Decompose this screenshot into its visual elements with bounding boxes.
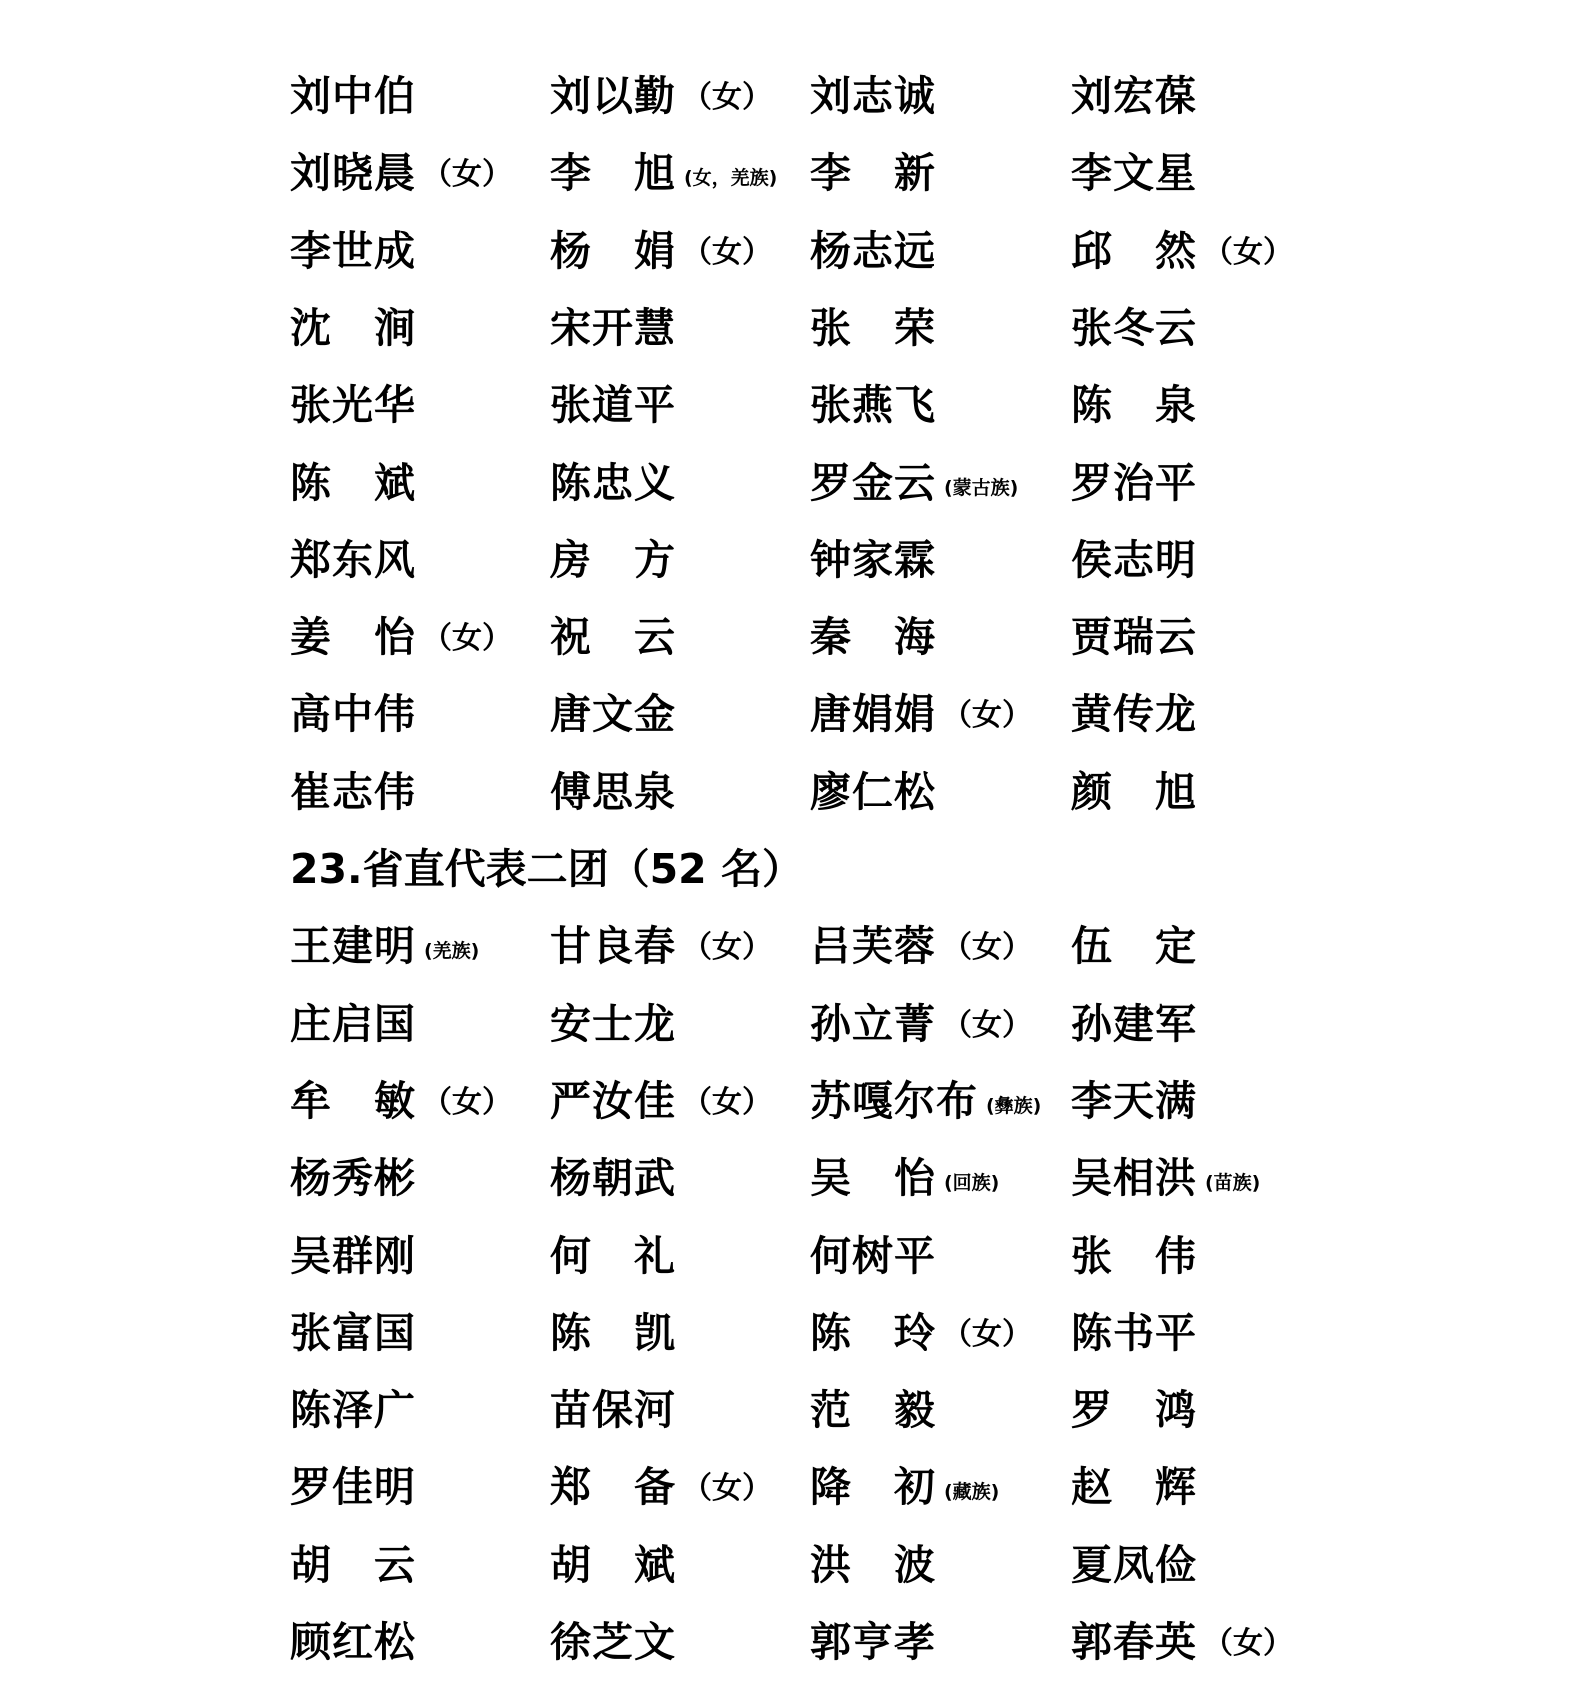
name-entry: 祝 云: [550, 601, 676, 661]
name-row: 牟 敏（女）严汝佳（女）苏嘎尔布(彝族)李天满: [290, 1065, 1390, 1125]
name-entry: 房 方: [550, 524, 676, 584]
name-entry: 张 伟: [1071, 1220, 1197, 1280]
delegate-name: 刘中伯: [290, 72, 416, 120]
name-entry: 甘良春（女）: [550, 910, 772, 970]
name-entry: 苗保河: [550, 1374, 676, 1434]
delegate-name: 孙建军: [1071, 1000, 1197, 1048]
delegate-name: 范 毅: [810, 1386, 936, 1434]
delegate-name: 姜 怡: [290, 613, 416, 661]
delegate-annotation: (羌族): [424, 932, 479, 970]
delegate-name: 张冬云: [1071, 304, 1197, 352]
delegate-name: 李 旭: [550, 149, 676, 197]
name-entry: 刘志诚: [810, 60, 936, 120]
delegate-name: 严汝佳: [550, 1077, 676, 1125]
delegate-name: 祝 云: [550, 613, 676, 661]
name-entry: 李 旭(女，羌族): [550, 137, 777, 197]
delegate-name: 高中伟: [290, 690, 416, 738]
delegate-name: 秦 海: [810, 613, 936, 661]
delegate-name: 廖仁松: [810, 768, 936, 816]
name-entry: 邱 然（女）: [1071, 215, 1293, 275]
delegate-name: 杨 娟: [550, 227, 676, 275]
name-entry: 罗金云(蒙古族): [810, 447, 1018, 507]
delegate-name: 罗 鸿: [1071, 1386, 1197, 1434]
name-entry: 贾瑞云: [1071, 601, 1197, 661]
delegate-name: 唐文金: [550, 690, 676, 738]
delegate-name: 吴群刚: [290, 1232, 416, 1280]
name-row: 姜 怡（女）祝 云秦 海贾瑞云: [290, 601, 1390, 661]
delegate-annotation: (蒙古族): [944, 469, 1018, 507]
name-entry: 牟 敏（女）: [290, 1065, 512, 1125]
name-entry: 张燕飞: [810, 369, 936, 429]
delegate-name: 郭亨孝: [810, 1618, 936, 1666]
name-entry: 陈书平: [1071, 1297, 1197, 1357]
delegate-name: 陈 凯: [550, 1309, 676, 1357]
delegate-name: 宋开慧: [550, 304, 676, 352]
name-entry: 吕芙蓉（女）: [810, 910, 1032, 970]
delegate-name: 吴 怡: [810, 1154, 936, 1202]
name-entry: 罗治平: [1071, 447, 1197, 507]
delegate-annotation: (回族): [944, 1164, 999, 1202]
name-entry: 安士龙: [550, 988, 676, 1048]
name-entry: 刘宏葆: [1071, 60, 1197, 120]
delegate-name: 吴相洪: [1071, 1154, 1197, 1202]
name-entry: 苏嘎尔布(彝族): [810, 1065, 1041, 1125]
delegate-name: 侯志明: [1071, 536, 1197, 584]
name-entry: 郭亨孝: [810, 1606, 936, 1666]
delegate-annotation: （女）: [1203, 231, 1293, 275]
delegate-name: 杨志远: [810, 227, 936, 275]
name-entry: 郑东风: [290, 524, 416, 584]
delegate-name: 张燕飞: [810, 381, 936, 429]
name-entry: 李世成: [290, 215, 416, 275]
name-entry: 孙立菁（女）: [810, 988, 1032, 1048]
name-entry: 姜 怡（女）: [290, 601, 512, 661]
name-row: 杨秀彬杨朝武吴 怡(回族)吴相洪(苗族): [290, 1142, 1390, 1202]
delegate-name: 陈泽广: [290, 1386, 416, 1434]
name-entry: 洪 波: [810, 1529, 936, 1589]
delegate-name: 苗保河: [550, 1386, 676, 1434]
name-entry: 庄启国: [290, 988, 416, 1048]
name-row: 郑东风房 方钟家霖侯志明: [290, 524, 1390, 584]
name-entry: 黄传龙: [1071, 678, 1197, 738]
name-entry: 李 新: [810, 137, 936, 197]
name-entry: 夏凤俭: [1071, 1529, 1197, 1589]
name-entry: 钟家霖: [810, 524, 936, 584]
name-row: 张富国陈 凯陈 玲（女）陈书平: [290, 1297, 1390, 1357]
name-entry: 陈 斌: [290, 447, 416, 507]
name-entry: 张 荣: [810, 292, 936, 352]
name-row: 李世成杨 娟（女）杨志远邱 然（女）: [290, 215, 1390, 275]
delegate-name: 邱 然: [1071, 227, 1197, 275]
delegate-name: 李文星: [1071, 149, 1197, 197]
delegate-name: 刘宏葆: [1071, 72, 1197, 120]
delegate-annotation: （女）: [682, 1081, 772, 1125]
delegate-name: 黄传龙: [1071, 690, 1197, 738]
delegate-annotation: （女）: [942, 694, 1032, 738]
name-row: 胡 云胡 斌洪 波夏凤俭: [290, 1529, 1390, 1589]
name-entry: 吴 怡(回族): [810, 1142, 999, 1202]
delegate-name: 钟家霖: [810, 536, 936, 584]
delegate-annotation: （女）: [942, 926, 1032, 970]
delegate-name: 牟 敏: [290, 1077, 416, 1125]
delegate-name: 胡 云: [290, 1541, 416, 1589]
delegate-annotation: (女，羌族): [684, 159, 777, 197]
delegate-name: 郑 备: [550, 1463, 676, 1511]
delegate-name: 洪 波: [810, 1541, 936, 1589]
name-entry: 何树平: [810, 1220, 936, 1280]
delegate-name: 陈忠义: [550, 459, 676, 507]
delegate-annotation: （女）: [682, 76, 772, 120]
delegate-name: 房 方: [550, 536, 676, 584]
delegate-name: 颜 旭: [1071, 768, 1197, 816]
delegate-name: 罗佳明: [290, 1463, 416, 1511]
delegate-annotation: （女）: [682, 231, 772, 275]
delegate-name: 刘志诚: [810, 72, 936, 120]
name-entry: 杨秀彬: [290, 1142, 416, 1202]
name-entry: 刘以勤（女）: [550, 60, 772, 120]
name-entry: 刘中伯: [290, 60, 416, 120]
name-entry: 赵 辉: [1071, 1451, 1197, 1511]
name-entry: 宋开慧: [550, 292, 676, 352]
name-entry: 杨朝武: [550, 1142, 676, 1202]
name-entry: 刘晓晨（女）: [290, 137, 512, 197]
name-list-page: 刘中伯刘以勤（女）刘志诚刘宏葆刘晓晨（女）李 旭(女，羌族)李 新李文星李世成杨…: [0, 0, 1587, 1693]
delegate-annotation: （女）: [942, 1004, 1032, 1048]
delegate-name: 苏嘎尔布: [810, 1077, 978, 1125]
name-row: 崔志伟傅思泉廖仁松颜 旭: [290, 756, 1390, 816]
name-row: 高中伟唐文金唐娟娟（女）黄传龙: [290, 678, 1390, 738]
delegate-name: 甘良春: [550, 922, 676, 970]
delegate-name: 刘晓晨: [290, 149, 416, 197]
delegate-name: 杨秀彬: [290, 1154, 416, 1202]
name-entry: 罗佳明: [290, 1451, 416, 1511]
delegate-name: 顾红松: [290, 1618, 416, 1666]
section-heading: 23.省直代表二团（52 名）: [290, 845, 803, 893]
delegate-name: 徐芝文: [550, 1618, 676, 1666]
name-entry: 胡 斌: [550, 1529, 676, 1589]
delegate-name: 陈 斌: [290, 459, 416, 507]
name-entry: 唐文金: [550, 678, 676, 738]
name-row: 吴群刚何 礼何树平张 伟: [290, 1220, 1390, 1280]
name-row: 张光华张道平张燕飞陈 泉: [290, 369, 1390, 429]
name-entry: 郭春英（女）: [1071, 1606, 1293, 1666]
name-entry: 陈忠义: [550, 447, 676, 507]
name-row: 顾红松徐芝文郭亨孝郭春英（女）: [290, 1606, 1390, 1666]
name-row: 罗佳明郑 备（女）降 初(藏族)赵 辉: [290, 1451, 1390, 1511]
delegate-name: 陈书平: [1071, 1309, 1197, 1357]
delegate-annotation: （女）: [682, 1467, 772, 1511]
delegate-name: 赵 辉: [1071, 1463, 1197, 1511]
name-entry: 严汝佳（女）: [550, 1065, 772, 1125]
name-entry: 张光华: [290, 369, 416, 429]
delegate-name: 傅思泉: [550, 768, 676, 816]
delegate-name: 安士龙: [550, 1000, 676, 1048]
name-entry: 孙建军: [1071, 988, 1197, 1048]
delegate-name: 张道平: [550, 381, 676, 429]
delegate-name: 罗治平: [1071, 459, 1197, 507]
delegate-annotation: （女）: [942, 1313, 1032, 1357]
delegate-name: 降 初: [810, 1463, 936, 1511]
name-entry: 张道平: [550, 369, 676, 429]
name-entry: 张富国: [290, 1297, 416, 1357]
name-row: 王建明(羌族)甘良春（女）吕芙蓉（女）伍 定: [290, 910, 1390, 970]
delegate-annotation: (藏族): [944, 1473, 999, 1511]
delegate-name: 吕芙蓉: [810, 922, 936, 970]
name-entry: 李天满: [1071, 1065, 1197, 1125]
delegate-name: 陈 泉: [1071, 381, 1197, 429]
name-entry: 吴相洪(苗族): [1071, 1142, 1260, 1202]
delegate-name: 王建明: [290, 922, 416, 970]
delegate-name: 张富国: [290, 1309, 416, 1357]
name-entry: 陈 玲（女）: [810, 1297, 1032, 1357]
name-entry: 陈 泉: [1071, 369, 1197, 429]
name-row: 刘晓晨（女）李 旭(女，羌族)李 新李文星: [290, 137, 1390, 197]
delegate-annotation: （女）: [682, 926, 772, 970]
delegate-name: 伍 定: [1071, 922, 1197, 970]
delegate-name: 张 荣: [810, 304, 936, 352]
name-row: 陈 斌陈忠义罗金云(蒙古族)罗治平: [290, 447, 1390, 507]
name-entry: 郑 备（女）: [550, 1451, 772, 1511]
name-entry: 范 毅: [810, 1374, 936, 1434]
name-entry: 胡 云: [290, 1529, 416, 1589]
delegate-name: 唐娟娟: [810, 690, 936, 738]
delegate-name: 夏凤俭: [1071, 1541, 1197, 1589]
name-entry: 侯志明: [1071, 524, 1197, 584]
delegate-name: 沈 涧: [290, 304, 416, 352]
delegate-name: 李天满: [1071, 1077, 1197, 1125]
delegate-name: 何树平: [810, 1232, 936, 1280]
delegate-annotation: (彝族): [986, 1087, 1041, 1125]
delegate-name: 庄启国: [290, 1000, 416, 1048]
name-entry: 沈 涧: [290, 292, 416, 352]
name-entry: 崔志伟: [290, 756, 416, 816]
name-row: 刘中伯刘以勤（女）刘志诚刘宏葆: [290, 60, 1390, 120]
name-entry: 杨志远: [810, 215, 936, 275]
delegate-name: 罗金云: [810, 459, 936, 507]
name-entry: 伍 定: [1071, 910, 1197, 970]
delegate-name: 郭春英: [1071, 1618, 1197, 1666]
delegate-annotation: （女）: [422, 153, 512, 197]
delegate-annotation: （女）: [422, 617, 512, 661]
delegate-name: 李 新: [810, 149, 936, 197]
name-row: 沈 涧宋开慧张 荣张冬云: [290, 292, 1390, 352]
delegate-name: 胡 斌: [550, 1541, 676, 1589]
delegate-name: 何 礼: [550, 1232, 676, 1280]
name-entry: 傅思泉: [550, 756, 676, 816]
name-entry: 王建明(羌族): [290, 910, 479, 970]
name-entry: 秦 海: [810, 601, 936, 661]
delegate-name: 孙立菁: [810, 1000, 936, 1048]
delegate-name: 杨朝武: [550, 1154, 676, 1202]
delegate-name: 张 伟: [1071, 1232, 1197, 1280]
name-entry: 唐娟娟（女）: [810, 678, 1032, 738]
name-entry: 降 初(藏族): [810, 1451, 999, 1511]
name-entry: 李文星: [1071, 137, 1197, 197]
delegate-annotation: （女）: [1203, 1622, 1293, 1666]
name-entry: 何 礼: [550, 1220, 676, 1280]
name-entry: 陈 凯: [550, 1297, 676, 1357]
delegate-name: 贾瑞云: [1071, 613, 1197, 661]
name-entry: 陈泽广: [290, 1374, 416, 1434]
delegate-name: 崔志伟: [290, 768, 416, 816]
delegate-name: 张光华: [290, 381, 416, 429]
name-entry: 张冬云: [1071, 292, 1197, 352]
delegate-name: 郑东风: [290, 536, 416, 584]
delegate-annotation: (苗族): [1205, 1164, 1260, 1202]
delegate-name: 刘以勤: [550, 72, 676, 120]
delegate-name: 陈 玲: [810, 1309, 936, 1357]
name-entry: 徐芝文: [550, 1606, 676, 1666]
name-row: 庄启国安士龙孙立菁（女）孙建军: [290, 988, 1390, 1048]
name-entry: 杨 娟（女）: [550, 215, 772, 275]
name-entry: 罗 鸿: [1071, 1374, 1197, 1434]
delegate-name: 李世成: [290, 227, 416, 275]
name-entry: 吴群刚: [290, 1220, 416, 1280]
delegate-annotation: （女）: [422, 1081, 512, 1125]
name-entry: 廖仁松: [810, 756, 936, 816]
name-entry: 颜 旭: [1071, 756, 1197, 816]
name-entry: 高中伟: [290, 678, 416, 738]
name-entry: 顾红松: [290, 1606, 416, 1666]
name-row: 陈泽广苗保河范 毅罗 鸿: [290, 1374, 1390, 1434]
